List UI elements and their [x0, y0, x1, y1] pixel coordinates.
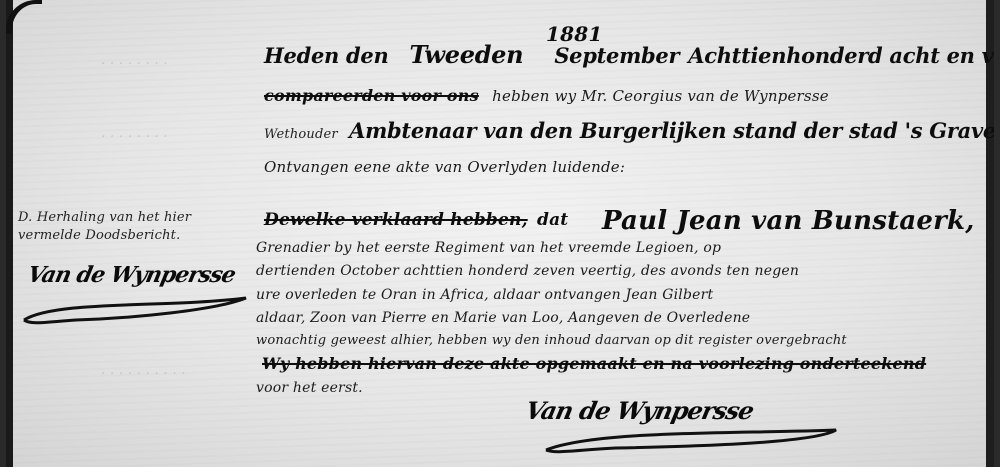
header-day: Tweeden: [409, 40, 523, 69]
header-line-3: Wethouder Ambtenaar van den Burgerlijken…: [264, 118, 994, 143]
bleed-through-text: . . . . . . . . . .: [101, 362, 186, 378]
body-line-6: wonachtig geweest alhier, hebben wy den …: [256, 333, 847, 348]
inserted-official-name: hebben wy Mr. Ceorgius van de Wynpersse: [492, 87, 829, 105]
body-line-7-struck: Wy hebben hiervan deze akte opgemaakt en…: [262, 354, 926, 373]
header-line-1: Heden den Tweeden September Achttienhond…: [264, 40, 994, 69]
ambtenaar-text: Ambtenaar van den Burgerlijken stand der…: [349, 118, 994, 143]
header-year: Achttienhonderd acht en veertig: [688, 43, 994, 68]
page-left-edge: [6, 0, 13, 467]
margin-signature-flourish: [16, 280, 256, 330]
body-line-5: aldaar, Zoon van Pierre en Marie van Loo…: [256, 310, 750, 326]
margin-note-line-1: D. Herhaling van het hier: [18, 210, 191, 225]
document-scan: . . . . . . . . . . . . . . . . . . . . …: [6, 0, 994, 467]
body-line-2: Grenadier by het eerste Regiment van het…: [256, 240, 721, 256]
body-line-8: voor het eerst.: [256, 380, 363, 396]
page-right-edge: [986, 0, 994, 467]
signature-flourish: [536, 420, 856, 460]
body-line-4: ure overleden te Oran in Africa, aldaar …: [256, 287, 713, 303]
dat-word: dat: [537, 210, 568, 230]
body-line-1: Dewelke verklaard hebben, dat: [264, 210, 568, 230]
margin-note-line-2: vermelde Doodsbericht.: [18, 228, 180, 243]
header-line-2: compareerden voor ons hebben wy Mr. Ceor…: [264, 86, 829, 105]
body-line-3: dertienden October achttien honderd zeve…: [256, 263, 799, 279]
wethouder-prefix: Wethouder: [264, 127, 338, 142]
deceased-name: Paul Jean van Bunstaerk,: [602, 206, 974, 236]
header-line-4: Ontvangen eene akte van Overlyden luiden…: [264, 158, 625, 176]
header-heden: Heden den: [264, 43, 388, 68]
header-month: September: [554, 43, 679, 68]
bleed-through-text: . . . . . . . .: [101, 52, 168, 68]
bleed-through-text: . . . . . . . .: [101, 125, 168, 141]
struck-compareerden: compareerden voor ons: [264, 86, 479, 105]
struck-dewelke: Dewelke verklaard hebben,: [264, 210, 528, 230]
